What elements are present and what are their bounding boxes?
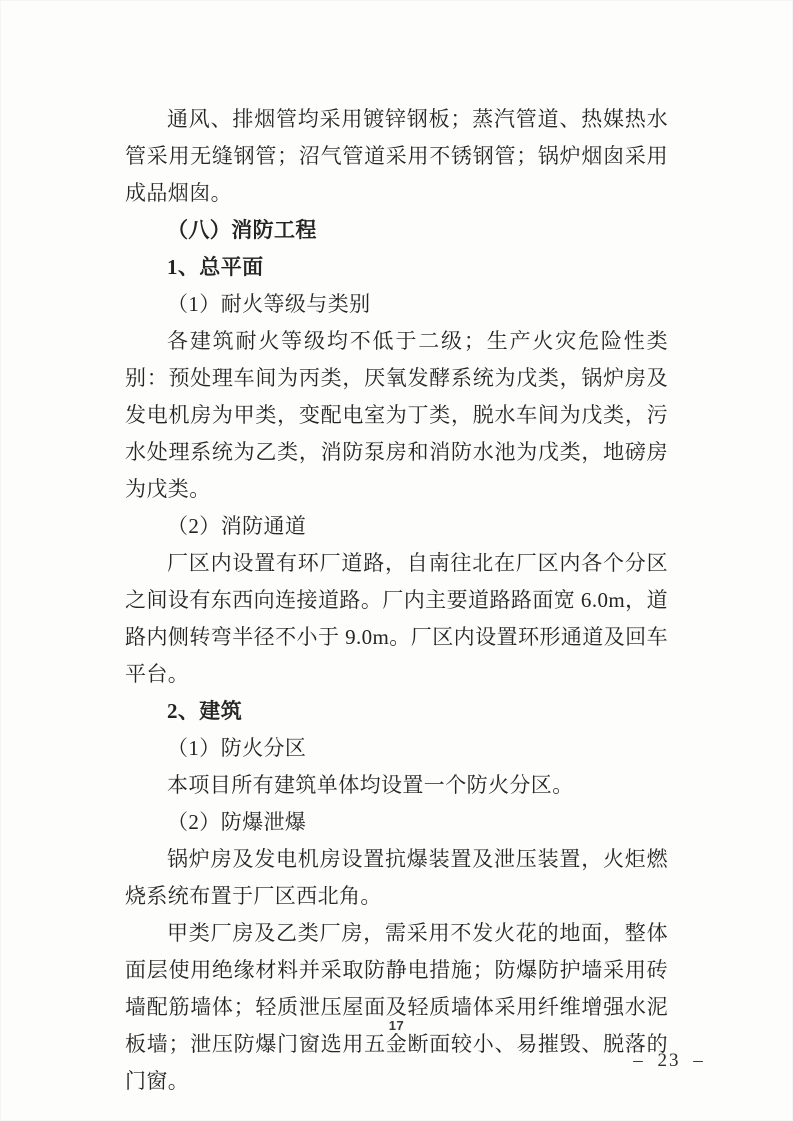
- body-paragraph: 锅炉房及发电机房设置抗爆装置及泄压装置，火炬燃烧系统布置于厂区西北角。: [125, 841, 668, 915]
- body-paragraph: 甲类厂房及乙类厂房，需采用不发火花的地面，整体面层使用绝缘材料并采取防静电措施；…: [125, 915, 668, 1100]
- body-paragraph: 各建筑耐火等级均不低于二级；生产火灾危险性类别：预处理车间为丙类，厌氧发酵系统为…: [125, 323, 668, 508]
- body-paragraph: 通风、排烟管均采用镀锌钢板；蒸汽管道、热媒热水管采用无缝钢管；沼气管道采用不锈钢…: [125, 101, 668, 212]
- sub-heading: （2）消防通道: [125, 508, 668, 545]
- sub-heading: （2）防爆泄爆: [125, 804, 668, 841]
- section-heading: 1、总平面: [125, 249, 668, 286]
- outer-page-number: – 23 –: [628, 1050, 710, 1072]
- section-heading: 2、建筑: [125, 693, 668, 730]
- section-heading: （八）消防工程: [125, 212, 668, 249]
- inner-page-number: 17: [0, 1018, 793, 1033]
- sub-heading: （1）耐火等级与类别: [125, 286, 668, 323]
- body-paragraph: 本项目所有建筑单体均设置一个防火分区。: [125, 767, 668, 804]
- document-body: 通风、排烟管均采用镀锌钢板；蒸汽管道、热媒热水管采用无缝钢管；沼气管道采用不锈钢…: [125, 101, 668, 1100]
- sub-heading: （1）防火分区: [125, 730, 668, 767]
- body-paragraph: 厂区内设置有环厂道路，自南往北在厂区内各个分区之间设有东西向连接道路。厂内主要道…: [125, 545, 668, 693]
- document-page: 通风、排烟管均采用镀锌钢板；蒸汽管道、热媒热水管采用无缝钢管；沼气管道采用不锈钢…: [0, 0, 793, 1121]
